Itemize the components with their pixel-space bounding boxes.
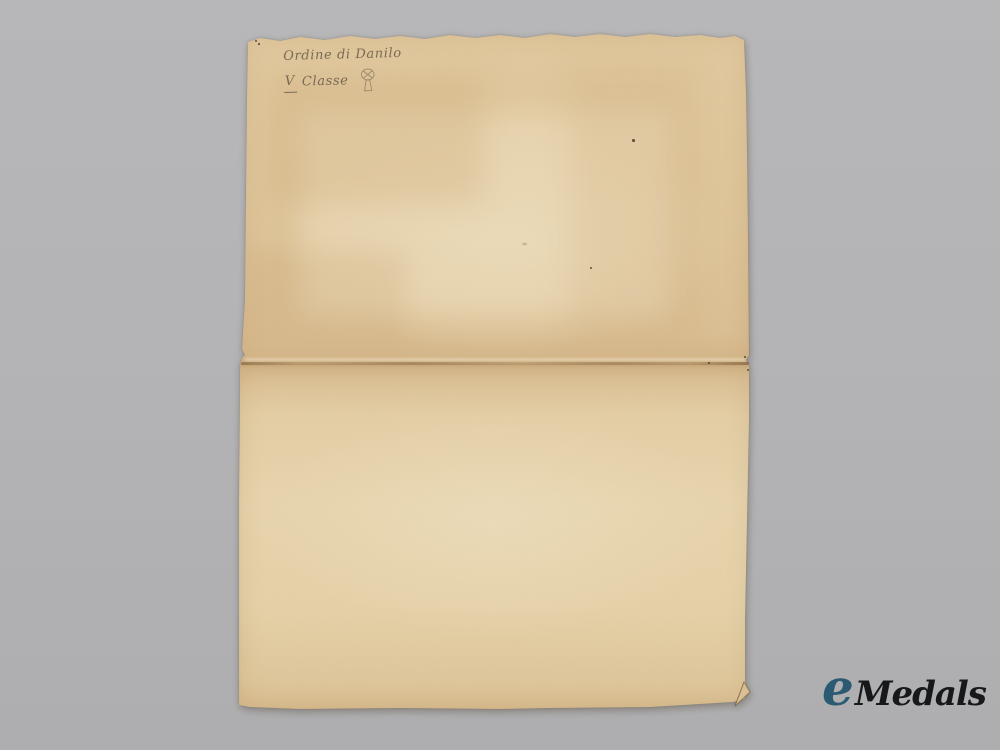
paper-speck <box>747 369 749 371</box>
watermark-wordmark: Medals <box>855 677 986 711</box>
class-numeral: V <box>284 71 298 93</box>
paper-speck <box>258 43 260 45</box>
pencil-smudge <box>522 243 527 245</box>
fold-highlight <box>245 358 745 361</box>
paper-grain-texture <box>238 365 752 711</box>
paper-speck <box>255 40 257 42</box>
inscription-line-1: Ordine di Danilo <box>283 43 402 67</box>
document-paper: Ordine di Danilo V Classe <box>0 0 1000 750</box>
paper-ghost-impression <box>240 250 405 345</box>
handwritten-inscription: Ordine di Danilo V Classe <box>283 43 403 97</box>
order-badge-sketch-icon <box>358 67 377 95</box>
dog-ear-fold <box>731 680 753 708</box>
photo-background: Ordine di Danilo V Classe <box>0 0 1000 750</box>
paper-speck <box>708 362 710 364</box>
paper-speck <box>632 139 635 142</box>
class-word: Classe <box>302 70 349 92</box>
paper-speck <box>590 267 592 269</box>
paper-speck <box>744 356 746 358</box>
paper-top-half: Ordine di Danilo V Classe <box>240 32 750 365</box>
paper-ghost-impression <box>570 62 695 342</box>
emedals-watermark: e Medals <box>822 663 986 713</box>
watermark-letter-e: e <box>822 663 854 713</box>
paper-ghost-impression <box>300 112 670 317</box>
inscription-line-2: V Classe <box>284 64 403 97</box>
paper-bottom-half <box>238 365 752 711</box>
fold-crease <box>241 362 749 365</box>
